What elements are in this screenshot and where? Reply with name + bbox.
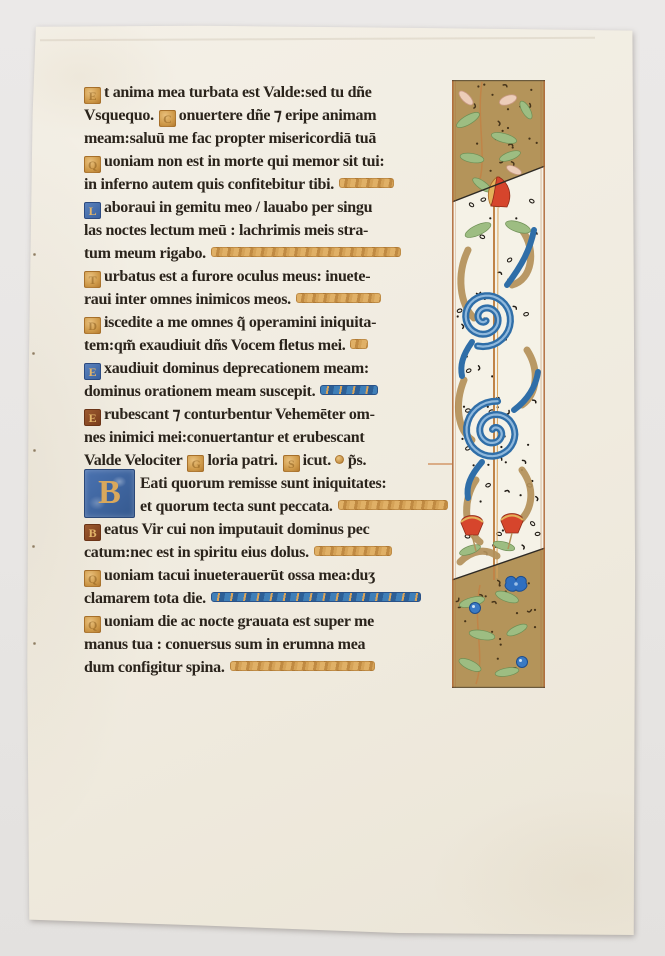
speckle	[498, 121, 500, 125]
border-gold-panel-top	[452, 80, 545, 202]
red-flower	[461, 516, 483, 552]
flower-stem	[497, 208, 498, 578]
speckle	[531, 480, 533, 482]
sewing-hole	[33, 253, 36, 256]
line-text: manus tua : conuersus sum in erumna mea	[84, 636, 365, 653]
blue-flower	[505, 576, 527, 591]
speckle	[533, 399, 537, 403]
text-line: manus tua : conuersus sum in erumna mea	[84, 633, 458, 656]
line-text: tum meum rigabo.	[84, 245, 206, 262]
blue-spiral	[467, 401, 515, 456]
speckle	[533, 231, 537, 235]
speckle	[484, 345, 486, 347]
line-text: Valde Velociter	[84, 452, 182, 469]
line-filler	[211, 592, 421, 602]
speckle	[465, 446, 471, 451]
line-text: dum configitur spina.	[84, 659, 225, 676]
speckle	[485, 483, 491, 488]
text-line: Turbatus est a furore oculus meus: inuet…	[84, 265, 458, 288]
speckle	[509, 143, 513, 146]
black-speckles	[457, 197, 541, 555]
speckle	[466, 368, 472, 373]
text-line: meam:saluū me fac propter misericordiā t…	[84, 127, 458, 150]
speckle	[463, 92, 465, 94]
speckle	[534, 609, 536, 611]
gold-acanthus-leaves	[458, 230, 535, 562]
text-line: raui inter omnes inimicos meos.	[84, 288, 458, 311]
text-line: nes inimici mei:conuertantur et erubesca…	[84, 426, 458, 449]
text-line: Laboraui in gemitu meo / lauabo per sing…	[84, 196, 458, 219]
speckle	[498, 580, 500, 584]
blue-spiral	[466, 296, 511, 347]
speckle	[505, 591, 507, 593]
text-line: clamarem tota die.	[84, 587, 458, 610]
green-leaves-top	[454, 99, 534, 194]
speckle	[534, 626, 536, 628]
line-text: clamarem tota die.	[84, 590, 206, 607]
speckle	[485, 595, 487, 597]
text-line: Vsquequo.Conuertere dñe ⁊ eripe animam	[84, 104, 458, 127]
speckle	[536, 496, 538, 500]
speckle	[465, 534, 470, 538]
line-filler	[314, 546, 392, 556]
speckle	[491, 94, 493, 96]
border-rails	[452, 80, 545, 688]
gold-panel-speckles	[463, 84, 538, 172]
speckle	[527, 610, 531, 612]
speckle	[528, 104, 531, 108]
speckle	[487, 464, 489, 466]
text-line: Quoniam non est in morte qui memor sit t…	[84, 150, 458, 173]
speckle	[528, 138, 530, 140]
line-filler	[211, 247, 401, 257]
speckle	[477, 292, 481, 294]
speckle	[507, 108, 509, 110]
speckle	[466, 355, 468, 357]
illuminated-initial: Q	[84, 156, 101, 173]
illuminated-initial: E	[84, 87, 101, 104]
text-line: Discedite a me omnes q̃ operamini iniqui…	[84, 311, 458, 334]
text-line: Exaudiuit dominus deprecationem meam:	[84, 357, 458, 380]
speckle	[536, 142, 538, 144]
speckle	[499, 638, 501, 640]
gold-panel-speckles	[456, 580, 536, 670]
speckle	[480, 500, 482, 502]
speckle	[491, 631, 493, 633]
parchment-crease	[40, 37, 595, 41]
speckle	[535, 532, 540, 536]
speckle	[473, 464, 475, 466]
vine-stem	[476, 585, 480, 684]
line-text: nes inimici mei:conuertantur et erubesca…	[84, 429, 364, 446]
text-line: Beatus Vir cui non imputauit dominus pec	[84, 518, 458, 541]
illuminated-initial: G	[187, 455, 204, 472]
speckle	[458, 604, 462, 608]
line-text: loria patri.	[207, 452, 277, 469]
sewing-hole	[32, 545, 35, 548]
text-line: in inferno autem quis confitebitur tibi.	[84, 173, 458, 196]
photograph-background: Et anima mea turbata est Valde:sed tu dñ…	[0, 0, 665, 956]
line-text: urbatus est a furore oculus meus: inuete…	[104, 268, 370, 285]
illuminated-initial: E	[84, 363, 101, 380]
speckle	[493, 544, 498, 548]
border-gold-panel-bottom	[452, 548, 545, 688]
border-white-ground	[452, 80, 545, 688]
speckle	[492, 601, 496, 605]
line-filler	[296, 293, 381, 303]
speckle	[512, 146, 514, 148]
speckle	[497, 406, 499, 408]
text-line: Valde VelociterGloria patri.Sicut.p̃s.	[84, 449, 458, 472]
panel-diagonal-lines	[452, 166, 545, 580]
speckle	[502, 130, 504, 132]
speckle	[480, 594, 484, 598]
illuminated-initial: L	[84, 202, 101, 219]
speckle	[513, 667, 517, 671]
speckle	[499, 456, 503, 460]
text-line: dominus orationem meam suscepit.	[84, 380, 458, 403]
ruling-line	[428, 463, 454, 465]
speckle	[527, 483, 533, 488]
speckle	[481, 197, 487, 202]
speckle	[484, 551, 488, 555]
speckle	[469, 202, 475, 207]
text-line: catum:nec est in spiritu eius dolus.	[84, 541, 458, 564]
speckle	[473, 104, 476, 108]
illuminated-initial: T	[84, 271, 101, 288]
text-line: Quoniam tacui inueterauerūt ossa mea:duʒ	[84, 564, 458, 587]
speckle	[520, 494, 522, 496]
line-text: uoniam die ac nocte grauata est super me	[104, 613, 374, 630]
leaf-wrapper: Et anima mea turbata est Valde:sed tu dñ…	[0, 0, 665, 956]
blue-spiral	[466, 296, 511, 347]
illuminated-initial: S	[283, 455, 300, 472]
speckle	[457, 308, 463, 313]
line-text: uoniam tacui inueterauerūt ossa mea:duʒ	[104, 567, 375, 584]
text-line: Quoniam die ac nocte grauata est super m…	[84, 610, 458, 633]
speckle	[521, 469, 523, 471]
line-text: xaudiuit dominus deprecationem meam:	[104, 360, 369, 377]
speckle	[528, 582, 530, 584]
text-line: las noctes lectum meū : lachrimis meis s…	[84, 219, 458, 242]
speckle	[487, 406, 489, 408]
line-filler	[320, 385, 378, 395]
red-tulip	[488, 177, 509, 207]
text-line: Eati quorum remisse sunt iniquitates:	[84, 472, 458, 495]
speckle	[505, 461, 507, 463]
speckle	[491, 375, 493, 377]
line-text: in inferno autem quis confitebitur tibi.	[84, 176, 334, 193]
line-filler	[230, 661, 375, 671]
speckle	[520, 105, 524, 109]
speckle	[497, 658, 499, 660]
speckle	[503, 84, 507, 88]
speckle	[523, 459, 527, 463]
line-text: Eati quorum remisse sunt iniquitates:	[140, 475, 386, 492]
speckle	[508, 517, 513, 521]
vine-stem	[478, 82, 482, 186]
speckle	[499, 584, 501, 586]
line-text: t anima mea turbata est Valde:sed tu dñe	[104, 84, 372, 101]
speckle	[524, 628, 526, 630]
illuminated-initial: C	[159, 110, 176, 127]
text-line: Et anima mea turbata est Valde:sed tu dñ…	[84, 81, 458, 104]
pink-curled-leaves	[457, 89, 523, 177]
red-flower	[501, 514, 523, 550]
speckle	[515, 217, 517, 219]
line-text: dominus orationem meam suscepit.	[84, 383, 315, 400]
blue-spiral	[467, 401, 515, 456]
line-text: meam:saluū me fac propter misericordiā t…	[84, 130, 376, 147]
gold-dot-ornament	[335, 455, 344, 464]
text-line: tem:qm̃ exaudiuit dñs Vocem fletus mei.	[84, 334, 458, 357]
speckle	[522, 545, 524, 549]
text-line: Erubescant ⁊ conturbentur Vehemēter om-	[84, 403, 458, 426]
speckle	[510, 439, 512, 441]
speckle	[529, 199, 535, 204]
speckle	[457, 315, 459, 317]
manuscript-leaf: Et anima mea turbata est Valde:sed tu dñ…	[0, 0, 665, 956]
speckle	[479, 234, 485, 239]
speckle	[535, 374, 537, 376]
green-leaves-mid	[458, 218, 532, 557]
speckle	[521, 516, 523, 518]
speckle	[499, 160, 503, 163]
line-text: uoniam non est in morte qui memor sit tu…	[104, 153, 384, 170]
illuminated-initial: Q	[84, 616, 101, 633]
sewing-hole	[32, 352, 35, 355]
speckle	[501, 434, 505, 438]
line-text: rubescant ⁊ conturbentur Vehemēter om-	[104, 406, 375, 423]
line-text: aboraui in gemitu meo / lauabo per singu	[104, 199, 372, 216]
speckle	[478, 366, 481, 370]
line-filler	[350, 339, 368, 349]
speckle	[465, 408, 470, 412]
text-line: tum meum rigabo.	[84, 242, 458, 265]
speckle	[490, 170, 492, 172]
speckle	[523, 312, 528, 316]
green-leaves-bottom	[457, 589, 528, 678]
line-text: p̃s.	[348, 452, 366, 469]
text-line: dum configitur spina.	[84, 656, 458, 679]
line-text: raui inter omnes inimicos meos.	[84, 291, 291, 308]
illuminated-initial: E	[84, 409, 101, 426]
speckle	[489, 409, 495, 414]
line-filler	[338, 500, 448, 510]
large-illuminated-initial: B	[84, 469, 135, 518]
speckle	[493, 136, 497, 140]
speckle	[484, 298, 486, 300]
illuminated-initial: B	[84, 524, 101, 541]
speckle	[456, 598, 460, 602]
speckle	[496, 532, 501, 536]
speckle	[483, 317, 485, 319]
speckle	[507, 257, 513, 262]
illuminated-border	[452, 80, 545, 688]
speckle	[494, 397, 500, 402]
speckle	[508, 278, 512, 282]
line-text: et quorum tecta sunt peccata.	[140, 498, 333, 515]
line-text: onuertere dñe ⁊ eripe animam	[179, 107, 376, 124]
speckle	[462, 324, 464, 328]
speckle	[516, 612, 518, 614]
speckle	[489, 217, 491, 219]
speckle	[477, 85, 479, 87]
speckle	[463, 406, 465, 408]
text-line: et quorum tecta sunt peccata.	[84, 495, 458, 518]
speckle	[505, 338, 507, 340]
speckle	[500, 644, 502, 646]
line-text: icut.	[303, 452, 331, 469]
speckle	[500, 446, 502, 448]
speckle	[513, 305, 517, 309]
speckle	[464, 620, 466, 622]
speckle	[530, 89, 532, 91]
illuminated-initial: D	[84, 317, 101, 334]
illuminated-border-art	[452, 80, 545, 688]
speckle	[502, 529, 504, 531]
speckle	[507, 127, 509, 129]
text-block: Et anima mea turbata est Valde:sed tu dñ…	[84, 81, 458, 679]
speckle	[498, 271, 502, 275]
sewing-hole	[33, 642, 36, 645]
blue-berries	[470, 603, 528, 668]
line-text: iscedite a me omnes q̃ operamini iniquit…	[104, 314, 376, 331]
sewing-hole	[33, 449, 36, 452]
speckle	[483, 84, 485, 86]
line-text: Vsquequo.	[84, 107, 154, 124]
line-text: eatus Vir cui non imputauit dominus pec	[104, 521, 369, 538]
speckle	[527, 444, 529, 446]
line-text: las noctes lectum meū : lachrimis meis s…	[84, 222, 368, 239]
speckle	[506, 411, 510, 415]
illuminated-initial: Q	[84, 570, 101, 587]
speckle	[512, 161, 515, 165]
speckle	[530, 521, 536, 527]
speckle	[461, 438, 463, 440]
line-filler	[339, 178, 394, 188]
blue-acanthus-scrolls	[461, 230, 538, 498]
speckle	[505, 490, 509, 493]
speckle	[476, 143, 478, 145]
line-text: catum:nec est in spiritu eius dolus.	[84, 544, 309, 561]
line-text: tem:qm̃ exaudiuit dñs Vocem fletus mei.	[84, 337, 345, 354]
